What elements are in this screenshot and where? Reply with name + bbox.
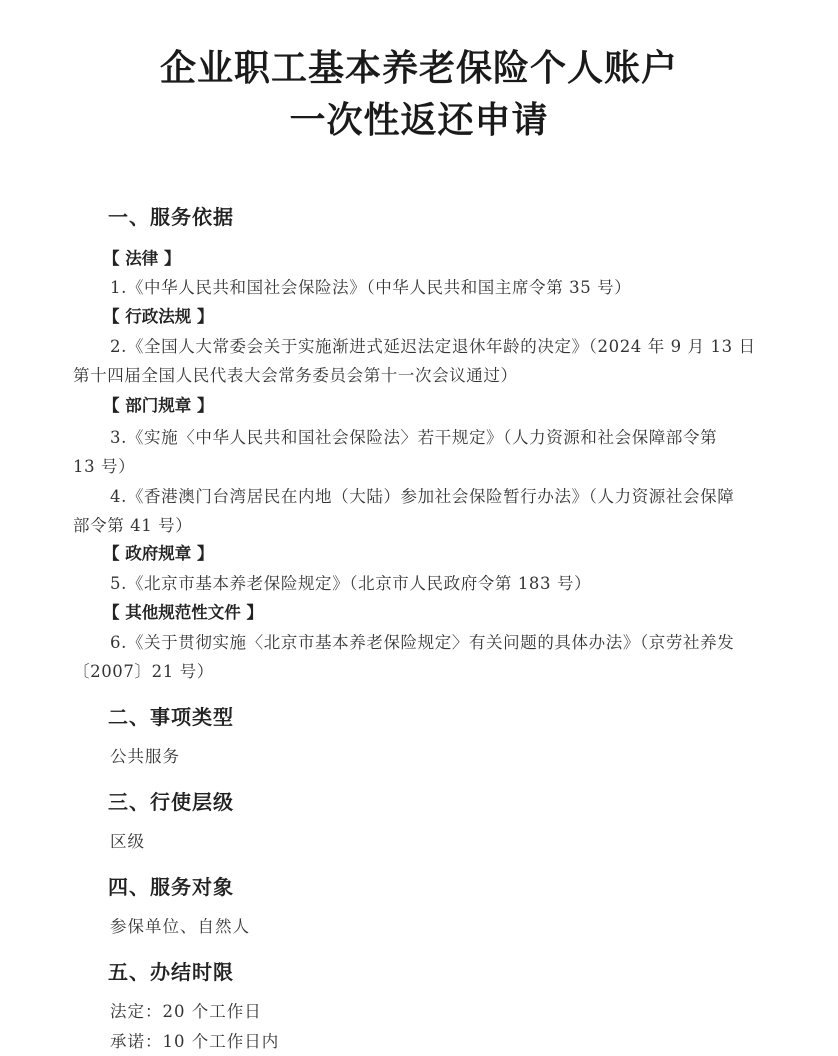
category-dept-rules: 【 部门规章 】	[103, 392, 214, 416]
category-gov-rules: 【 政府规章 】	[103, 540, 214, 564]
basis-item-4-line-1: 4.《香港澳门台湾居民在内地（大陆）参加社会保险暂行办法》（人力资源社会保障	[110, 483, 734, 507]
section-heading-level: 三、行使层级	[108, 786, 234, 815]
item-type-value: 公共服务	[110, 743, 180, 767]
basis-item-6-line-2: 〔2007〕21 号）	[73, 658, 214, 682]
category-admin-regulations: 【 行政法规 】	[103, 303, 214, 327]
category-law: 【 法律 】	[103, 245, 181, 269]
basis-item-1: 1.《中华人民共和国社会保险法》（中华人民共和国主席令第 35 号）	[110, 274, 631, 298]
basis-item-3-line-2: 13 号）	[73, 453, 135, 477]
basis-item-3-line-1: 3.《实施〈中华人民共和国社会保险法〉若干规定》（人力资源和社会保障部令第	[110, 424, 717, 448]
level-value: 区级	[110, 828, 145, 852]
section-heading-target: 四、服务对象	[108, 871, 234, 900]
basis-item-6-line-1: 6.《关于贯彻实施〈北京市基本养老保险规定〉有关问题的具体办法》（京劳社养发	[110, 629, 734, 653]
title-line-2: 一次性返还申请	[0, 92, 838, 143]
basis-item-2-line-1: 2.《全国人大常委会关于实施渐进式延迟法定退休年龄的决定》（2024 年 9 月…	[110, 333, 756, 357]
title-line-1: 企业职工基本养老保险个人账户	[0, 40, 838, 91]
section-heading-time-limit: 五、办结时限	[108, 956, 234, 985]
basis-item-4-line-2: 部令第 41 号）	[73, 512, 192, 536]
category-other-docs: 【 其他规范性文件 】	[103, 599, 263, 623]
basis-item-5: 5.《北京市基本养老保险规定》（北京市人民政府令第 183 号）	[110, 570, 591, 594]
basis-item-2-line-2: 第十四届全国人民代表大会常务委员会第十一次会议通过）	[73, 362, 518, 386]
section-heading-item-type: 二、事项类型	[108, 701, 234, 730]
time-limit-legal: 法定：20 个工作日	[110, 998, 262, 1022]
time-limit-promised: 承诺：10 个工作日内	[110, 1028, 279, 1052]
target-value: 参保单位、自然人	[110, 913, 250, 937]
section-heading-basis: 一、服务依据	[108, 201, 234, 230]
